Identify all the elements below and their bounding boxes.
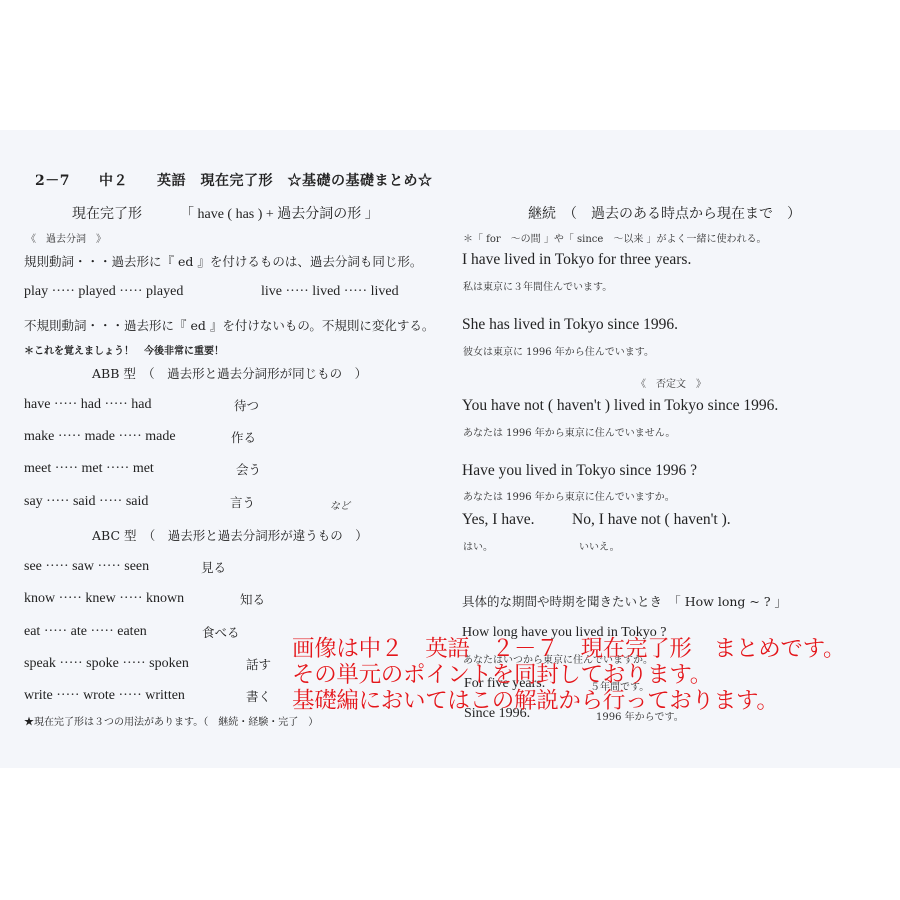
- abb-verb-meaning: 作る: [231, 428, 256, 446]
- abc-verb-forms: speak ····· spoke ····· spoken: [24, 656, 189, 672]
- abc-verb-forms: eat ····· ate ····· eaten: [24, 624, 147, 640]
- overlay-line: 画像は中２ 英語 ２－７ 現在完了形 まとめです。: [292, 636, 845, 662]
- example-sentence-jp: 彼女は東京に 1996 年から住んでいます。: [463, 343, 654, 358]
- regular-example-play: play ····· played ····· played: [24, 284, 183, 300]
- form-formula: 「 have ( has ) + 過去分詞の形 」: [180, 203, 379, 223]
- negative-sentence-en: You have not ( haven't ) lived in Tokyo …: [462, 397, 778, 415]
- example-sentence-jp: 私は東京に３年間住んでいます。: [463, 278, 612, 293]
- answer-yes-jp: はい。: [463, 538, 493, 553]
- abb-verb-forms: meet ····· met ····· met: [24, 461, 154, 477]
- example-sentence-en: I have lived in Tokyo for three years.: [462, 251, 691, 269]
- answer-no-jp: いいえ。: [579, 538, 620, 553]
- abb-verb-forms: have ····· had ····· had: [24, 397, 151, 413]
- page-title: 2－7 中２ 英語 現在完了形 ☆基礎の基礎まとめ☆: [35, 170, 432, 190]
- negative-sentence-jp: あなたは 1996 年から東京に住んでいません。: [463, 424, 675, 439]
- promo-overlay-text: 画像は中２ 英語 ２－７ 現在完了形 まとめです。 その単元のポイントを同封して…: [292, 636, 845, 714]
- overlay-line: 基礎編においてはこの解説から行っております。: [292, 688, 845, 714]
- question-sentence-jp: あなたは 1996 年から東京に住んでいますか。: [463, 488, 675, 503]
- abb-verb-meaning: 待つ: [234, 396, 259, 414]
- abc-verb-meaning: 見る: [201, 558, 226, 576]
- abb-verb-forms: say ····· said ····· said: [24, 494, 148, 510]
- answer-no-en: No, I have not ( haven't ).: [572, 511, 731, 529]
- question-sentence-en: Have you lived in Tokyo since 1996 ?: [462, 462, 697, 480]
- usage-note: ★現在完了形は３つの用法があります。（ 継続・経験・完了 ）: [24, 713, 318, 728]
- overlay-line: その単元のポイントを同封しております。: [292, 662, 845, 688]
- abb-verb-forms: make ····· made ····· made: [24, 429, 176, 445]
- negative-label: 《 否定文 》: [636, 375, 706, 390]
- abb-heading: ABB 型 （ 過去形と過去分詞形が同じもの ）: [92, 364, 367, 382]
- etc-label: など: [330, 497, 350, 512]
- abc-verb-forms: know ····· knew ····· known: [24, 591, 184, 607]
- abc-verb-meaning: 話す: [246, 655, 271, 673]
- regular-verb-rule: 規則動詞・・・過去形に『 ed 』を付けるものは、過去分詞も同じ形。: [24, 252, 422, 270]
- section-label-past-participle: 《 過去分詞 》: [26, 230, 106, 245]
- example-sentence-en: She has lived in Tokyo since 1996.: [462, 316, 678, 334]
- abc-heading: ABC 型 （ 過去形と過去分詞形が違うもの ）: [92, 526, 368, 544]
- for-since-note: ＊「 for ～の間 」や「 since ～以来 」がよく一緒に使われる。: [463, 230, 767, 245]
- form-label: 現在完了形: [72, 203, 142, 223]
- continuation-heading: 継続 （ 過去のある時点から現在まで ）: [528, 203, 801, 223]
- answer-yes-en: Yes, I have.: [462, 511, 534, 529]
- abb-verb-meaning: 会う: [236, 460, 261, 478]
- abc-verb-meaning: 食べる: [202, 623, 240, 641]
- regular-example-live: live ····· lived ····· lived: [261, 284, 399, 300]
- abb-verb-meaning: 言う: [230, 493, 255, 511]
- memorize-note: ＊これを覚えましょう！ 今後非常に重要！: [24, 342, 224, 357]
- abc-verb-meaning: 知る: [240, 590, 265, 608]
- abc-verb-forms: see ····· saw ····· seen: [24, 559, 149, 575]
- how-long-heading: 具体的な期間や時期を聞きたいとき 「 How long ~ ? 」: [462, 592, 787, 610]
- abc-verb-forms: write ····· wrote ····· written: [24, 688, 185, 704]
- irregular-verb-rule: 不規則動詞・・・過去形に『 ed 』を付けないもの。不規則に変化する。: [24, 316, 434, 334]
- abc-verb-meaning: 書く: [246, 687, 271, 705]
